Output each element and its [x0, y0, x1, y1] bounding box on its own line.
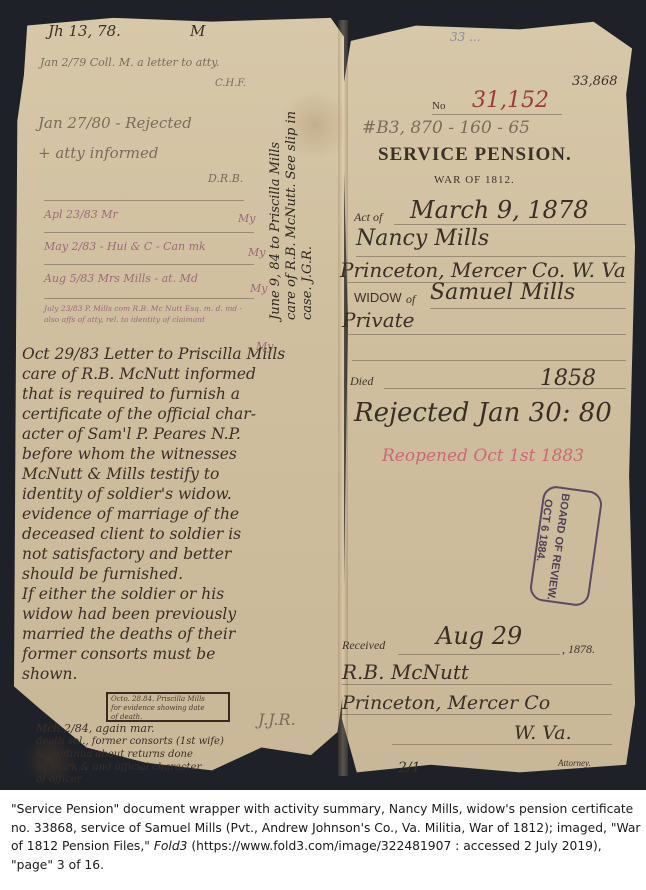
- header-initials: M: [190, 22, 205, 40]
- image-caption: "Service Pension" document wrapper with …: [11, 800, 641, 874]
- rule: [384, 388, 626, 389]
- rule: [352, 360, 626, 361]
- soldier-name: Samuel Mills: [430, 280, 575, 305]
- rule: [430, 308, 626, 309]
- form-title: SERVICE PENSION.: [378, 144, 572, 166]
- letter-line: identity of soldier's widow.: [22, 484, 322, 504]
- scanned-document-image: Jh 13, 78. M Jan 2/79 Coll. M. a letter …: [0, 0, 646, 790]
- log-entry-2: May 2/83 - Hui & C - Can mk: [44, 240, 206, 253]
- note-1: Jan 2/79 Coll. M. a letter to atty.: [40, 56, 219, 69]
- caption-source-name: Fold3: [154, 839, 188, 853]
- letter-line: If either the soldier or his: [22, 584, 322, 604]
- rule: [356, 256, 626, 257]
- widow-label: WIDOW: [354, 290, 402, 305]
- act-label: Act of: [354, 210, 382, 225]
- boxed-note-line3: of death.: [111, 713, 225, 722]
- letter-line: evidence of marriage of the: [22, 504, 322, 524]
- claimant-location: Princeton, Mercer Co. W. Va: [340, 258, 626, 282]
- died-label: Died: [350, 374, 373, 389]
- letter-line: that is required to furnish a: [22, 384, 322, 404]
- rejected-note: Rejected Jan 30: 80: [354, 398, 612, 428]
- vertical-note-line1: June 9, 84 to Priscilla Mills: [268, 142, 283, 320]
- received-value: Aug 29: [436, 622, 522, 650]
- letter-line: certificate of the official char-: [22, 404, 322, 424]
- reopened-note: Reopened Oct 1st 1883: [382, 446, 584, 466]
- bottom-note-line: Mch 2/84, again mar.: [36, 722, 326, 735]
- log-entry-1: Apl 23/83 Mr: [44, 208, 118, 221]
- attorney-city: Princeton, Mercer Co: [342, 692, 550, 714]
- form-subtitle: WAR OF 1812.: [434, 174, 515, 186]
- bottom-mark: 2/1: [398, 760, 421, 776]
- rank: Private: [342, 308, 415, 332]
- letter-line: widow had been previously: [22, 604, 322, 624]
- bottom-note: Mch 2/84, again mar. death sol., former …: [36, 722, 326, 785]
- boxed-note: Octo. 28.84. Priscilla Mills for evidenc…: [106, 692, 230, 722]
- rule: [342, 714, 612, 715]
- note-2-line2: + atty informed: [38, 144, 159, 162]
- rule: [346, 334, 626, 335]
- rule: [342, 684, 612, 685]
- rule: [392, 744, 612, 745]
- boxed-note-line1: Octo. 28.84. Priscilla Mills: [111, 695, 225, 704]
- note-2-initials: D.R.B.: [208, 172, 243, 185]
- letter-line: former consorts must be: [22, 644, 322, 664]
- letter-line: care of R.B. McNutt informed: [22, 364, 322, 384]
- bottom-note-line: by mark & and official character: [36, 761, 326, 774]
- log-entry-3-initials: My: [250, 282, 267, 295]
- cert-number: 33,868: [572, 74, 618, 89]
- bottom-note-line: & continua about returns done: [36, 748, 326, 761]
- act-value: March 9, 1878: [410, 196, 589, 224]
- header-date: Jh 13, 78.: [48, 22, 121, 40]
- bottom-note-line: of officer: [36, 774, 326, 785]
- vertical-note-line2: care of R.B. McNutt. See slip in: [284, 111, 299, 320]
- pension-number: 31,152: [472, 88, 549, 113]
- log-entry-1-initials: My: [238, 212, 255, 225]
- boxed-note-line2: for evidence showing date: [111, 704, 225, 713]
- main-letter: Oct 29/83 Letter to Priscilla Mills care…: [22, 344, 322, 684]
- log-entry-4: July 23/83 P. Mills com R.B. Mc Nutt Esq…: [44, 303, 254, 325]
- letter-line: before whom the witnesses: [22, 444, 322, 464]
- claimant-name: Nancy Mills: [356, 226, 489, 251]
- received-year: , 1878.: [562, 642, 595, 657]
- top-scribble: 33 ...: [450, 30, 481, 44]
- no-label: No: [432, 100, 445, 112]
- rule: [44, 298, 254, 299]
- rule: [398, 654, 560, 655]
- letter-line: deceased client to soldier is: [22, 524, 322, 544]
- attorney-label: Attorney.: [558, 758, 591, 768]
- rule: [44, 264, 254, 265]
- letter-line: not satisfactory and better: [22, 544, 322, 564]
- bottom-note-line: death sol., former consorts (1st wife): [36, 735, 326, 748]
- letter-line: Oct 29/83 Letter to Priscilla Mills: [22, 344, 322, 364]
- letter-line: should be furnished.: [22, 564, 322, 584]
- letter-line: acter of Sam'l P. Peares N.P.: [22, 424, 322, 444]
- note-1-initials: C.H.F.: [215, 78, 246, 89]
- of-label: of: [406, 292, 415, 307]
- attorney-name: R.B. McNutt: [342, 660, 469, 684]
- rule: [44, 200, 244, 201]
- rule: [394, 224, 626, 225]
- ref-number: #B3, 870 - 160 - 65: [362, 118, 530, 138]
- log-entry-2-initials: My: [248, 246, 265, 259]
- log-entry-3: Aug 5/83 Mrs Mills - at. Md: [44, 272, 198, 285]
- rule: [44, 232, 254, 233]
- letter-line: shown.: [22, 664, 322, 684]
- attorney-state: W. Va.: [514, 722, 572, 744]
- letter-line: McNutt & Mills testify to: [22, 464, 322, 484]
- received-label: Received: [342, 638, 385, 653]
- rule: [432, 114, 562, 115]
- vertical-note-line3: case. J.G.R.: [300, 246, 315, 320]
- letter-line: married the deaths of their: [22, 624, 322, 644]
- note-2-line1: Jan 27/80 - Rejected: [38, 114, 192, 132]
